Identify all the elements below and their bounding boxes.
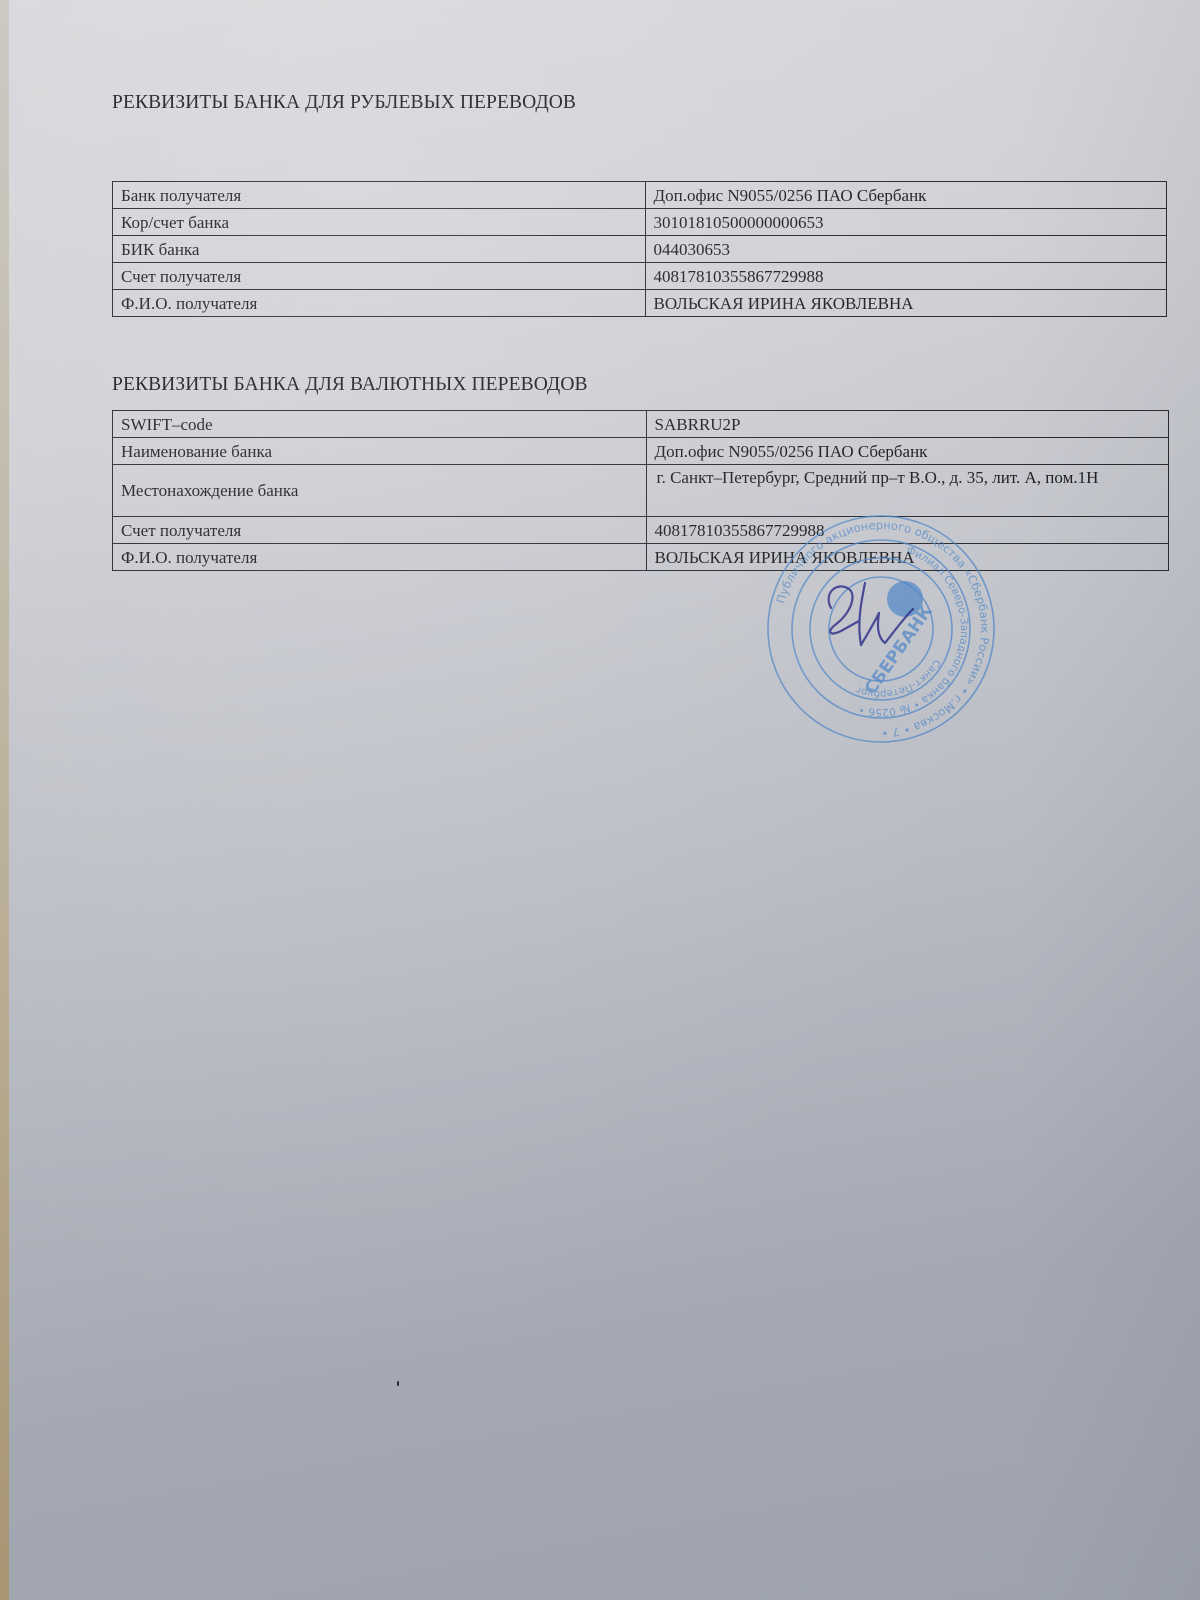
row-value: SABRRU2P xyxy=(646,411,1168,438)
signature xyxy=(829,583,913,645)
row-value: 044030653 xyxy=(645,236,1166,263)
row-value: ВОЛЬСКАЯ ИРИНА ЯКОВЛЕВНА xyxy=(645,290,1166,317)
row-value: 40817810355867729988 xyxy=(645,263,1166,290)
row-label: SWIFT–code xyxy=(113,411,647,438)
sberbank-logo-icon xyxy=(887,581,923,617)
table-row: Местонахождение банка г. Санкт–Петербург… xyxy=(113,465,1169,517)
row-value: Доп.офис N9055/0256 ПАО Сбербанк xyxy=(645,182,1166,209)
table-row: Ф.И.О. получателя ВОЛЬСКАЯ ИРИНА ЯКОВЛЕВ… xyxy=(113,290,1167,317)
photo-background-edge xyxy=(0,0,9,1600)
table-row: Банк получателя Доп.офис N9055/0256 ПАО … xyxy=(113,182,1167,209)
row-label: Счет получателя xyxy=(113,517,647,544)
table-row: БИК банка 044030653 xyxy=(113,236,1167,263)
paper-speck xyxy=(397,1381,399,1386)
stamp-inner-text: Санкт-Петербург xyxy=(854,657,942,699)
table-row: Наименование банка Доп.офис N9055/0256 П… xyxy=(113,438,1169,465)
row-value: 40817810355867729988 xyxy=(646,517,1168,544)
row-label: Ф.И.О. получателя xyxy=(113,544,647,571)
row-label: Местонахождение банка xyxy=(113,465,647,517)
row-value: ВОЛЬСКАЯ ИРИНА ЯКОВЛЕВНА xyxy=(646,544,1168,571)
row-label: Кор/счет банка xyxy=(113,209,646,236)
row-value: г. Санкт–Петербург, Средний пр–т В.О., д… xyxy=(646,465,1168,517)
stamp-center-label: СБЕРБАНК xyxy=(861,602,937,699)
table-row: Кор/счет банка 30101810500000000653 xyxy=(113,209,1167,236)
table-row: Счет получателя 40817810355867729988 xyxy=(113,517,1169,544)
fx-requisites-table: SWIFT–code SABRRU2P Наименование банка Д… xyxy=(112,410,1169,571)
row-value: Доп.офис N9055/0256 ПАО Сбербанк xyxy=(646,438,1168,465)
row-value: 30101810500000000653 xyxy=(645,209,1166,236)
bank-address: г. Санкт–Петербург, Средний пр–т В.О., д… xyxy=(647,468,1168,487)
fx-section-title: РЕКВИЗИТЫ БАНКА ДЛЯ ВАЛЮТНЫХ ПЕРЕВОДОВ xyxy=(112,374,588,396)
row-label: БИК банка xyxy=(113,236,646,263)
row-label: Банк получателя xyxy=(113,182,646,209)
stamp-center-ring xyxy=(829,577,933,681)
table-row: Счет получателя 40817810355867729988 xyxy=(113,263,1167,290)
rub-requisites-table: Банк получателя Доп.офис N9055/0256 ПАО … xyxy=(112,181,1167,317)
table-row: SWIFT–code SABRRU2P xyxy=(113,411,1169,438)
row-label: Счет получателя xyxy=(113,263,646,290)
table-row: Ф.И.О. получателя ВОЛЬСКАЯ ИРИНА ЯКОВЛЕВ… xyxy=(113,544,1169,571)
row-label: Наименование банка xyxy=(113,438,647,465)
rub-section-title: РЕКВИЗИТЫ БАНКА ДЛЯ РУБЛЕВЫХ ПЕРЕВОДОВ xyxy=(112,92,576,114)
stamp-inner-ring xyxy=(810,558,952,700)
row-label: Ф.И.О. получателя xyxy=(113,290,646,317)
